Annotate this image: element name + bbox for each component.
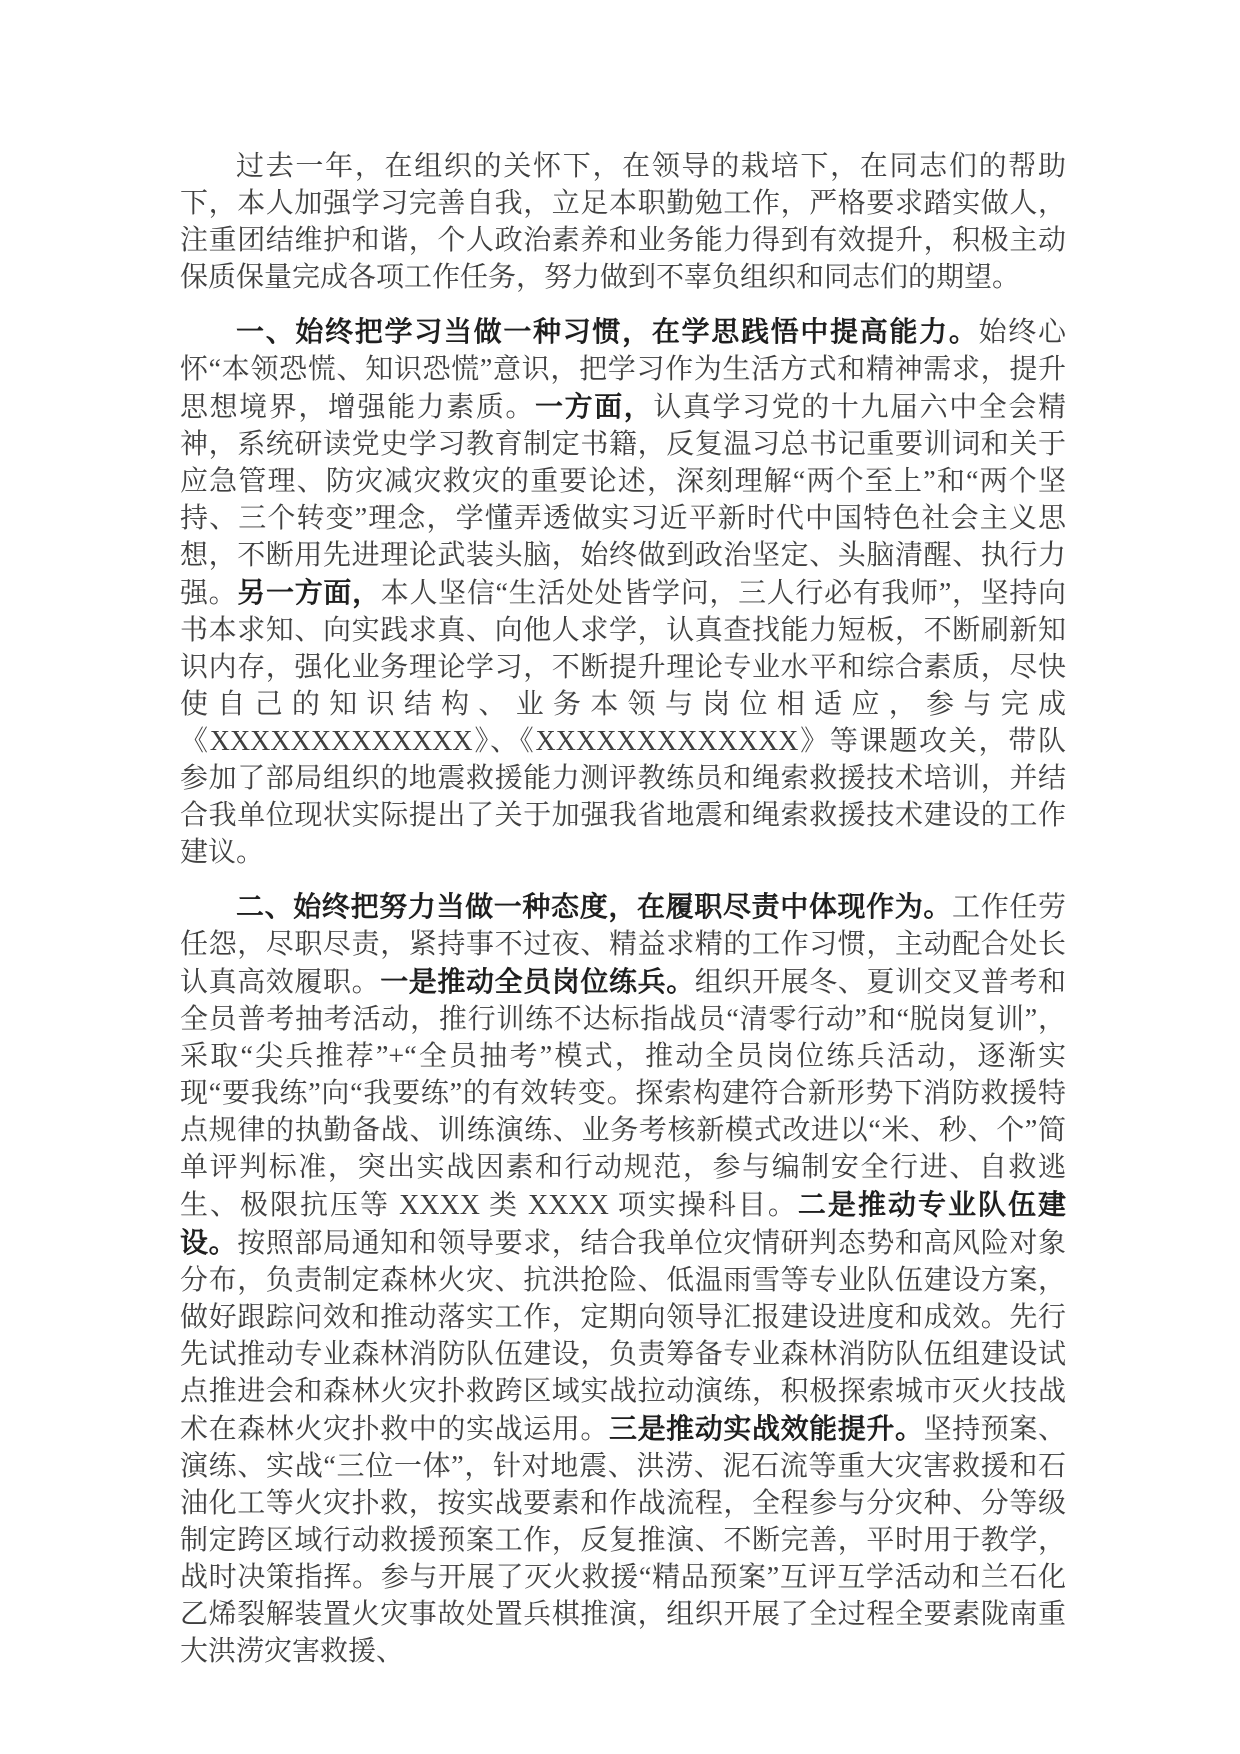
heading-run: 三是推动实战效能提升。 xyxy=(609,1413,924,1444)
paragraph-3: 二、始终把努力当做一种态度，在履职尽责中体现作为。工作任劳任怨，尽职尽责，紧持事… xyxy=(180,888,1066,1670)
document-content: 过去一年，在组织的关怀下，在领导的栽培下，在同志们的帮助下，本人加强学习完善自我… xyxy=(180,148,1066,1670)
heading-run: 一、始终把学习当做一种习惯，在学思践悟中提高能力。 xyxy=(236,316,979,347)
heading-run: 二、始终把努力当做一种态度，在履职尽责中体现作为。 xyxy=(236,891,952,922)
heading-run: 一是推动全员岗位练兵。 xyxy=(380,966,695,997)
text-run: 过去一年，在组织的关怀下，在领导的栽培下，在同志们的帮助下，本人加强学习完善自我… xyxy=(180,151,1066,293)
paragraph-2: 一、始终把学习当做一种习惯，在学思践悟中提高能力。始终心怀“本领恐慌、知识恐慌”… xyxy=(180,313,1066,871)
heading-run: 另一方面， xyxy=(237,577,380,608)
paragraph-1: 过去一年，在组织的关怀下，在领导的栽培下，在同志们的帮助下，本人加强学习完善自我… xyxy=(180,148,1066,296)
text-run: 本人坚信“生活处处皆学问，三人行必有我师”，坚持向书本求知、向实践求真、向他人求… xyxy=(180,578,1066,868)
heading-run: 一方面， xyxy=(535,391,653,422)
document-page: 过去一年，在组织的关怀下，在领导的栽培下，在同志们的帮助下，本人加强学习完善自我… xyxy=(0,0,1240,1754)
text-run: 组织开展冬、夏训交叉普考和全员普考抽考活动，推行训练不达标指战员“清零行动”和“… xyxy=(180,967,1066,1221)
text-run: 坚持预案、演练、实战“三位一体”，针对地震、洪涝、泥石流等重大灾害救援和石油化工… xyxy=(180,1414,1066,1667)
